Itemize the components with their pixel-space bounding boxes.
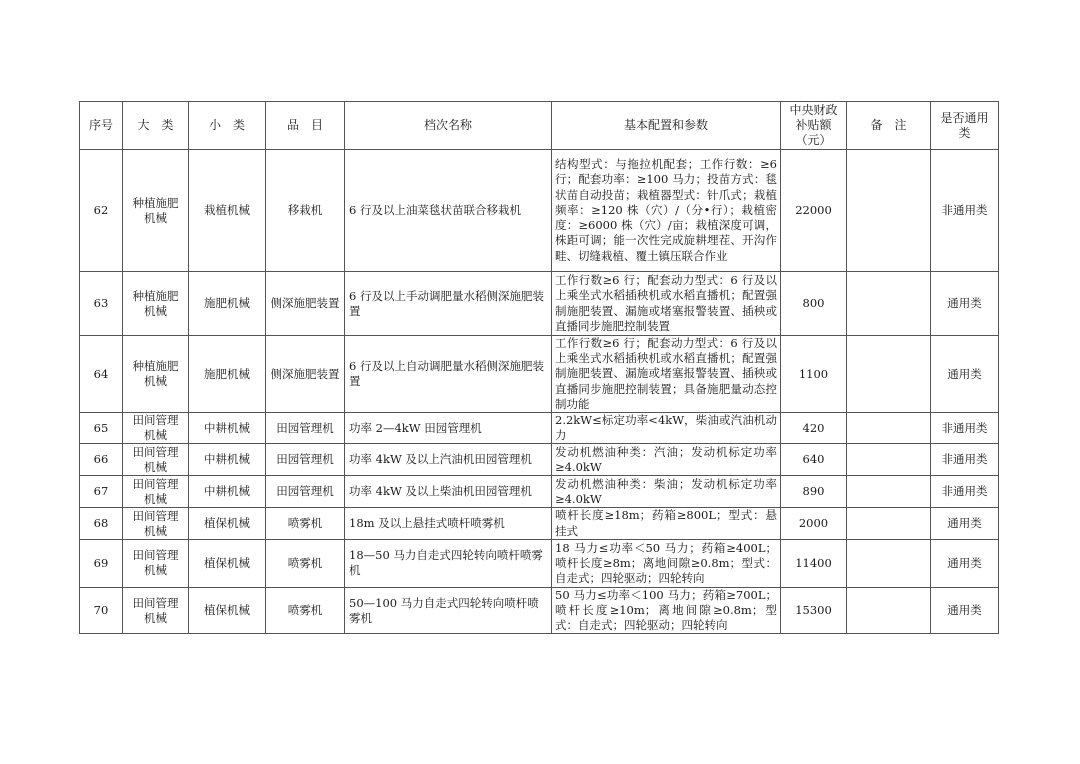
cell-grade-name: 功率 4kW 及以上汽油机田园管理机 (345, 444, 552, 476)
cell-subsidy: 15300 (781, 587, 847, 634)
cell-config: 发动机燃油种类：柴油；发动机标定功率≥4.0kW (552, 476, 781, 508)
cell-general: 非通用类 (931, 444, 999, 476)
cell-subsidy: 2000 (781, 508, 847, 539)
cell-subsidy: 420 (781, 413, 847, 444)
cell-item: 喷雾机 (266, 539, 345, 587)
header-major-category: 大 类 (123, 102, 189, 150)
cell-remark (847, 476, 931, 508)
cell-seq: 62 (80, 150, 123, 272)
subsidy-table: 序号 大 类 小 类 品 目 档次名称 基本配置和参数 中央财政补贴额（元） 备… (79, 101, 999, 634)
cell-item: 移栽机 (266, 150, 345, 272)
cell-seq: 66 (80, 444, 123, 476)
header-minor-category: 小 类 (189, 102, 266, 150)
table-row: 63 种植施肥机械 施肥机械 侧深施肥装置 6 行及以上手动调肥量水稻侧深施肥装… (80, 272, 999, 336)
header-grade-name: 档次名称 (345, 102, 552, 150)
cell-major-category: 田间管理机械 (123, 413, 189, 444)
cell-subsidy: 22000 (781, 150, 847, 272)
table-row: 66 田间管理机械 中耕机械 田园管理机 功率 4kW 及以上汽油机田园管理机 … (80, 444, 999, 476)
table-row: 68 田间管理机械 植保机械 喷雾机 18m 及以上悬挂式喷杆喷雾机 喷杆长度≥… (80, 508, 999, 539)
cell-general: 非通用类 (931, 476, 999, 508)
cell-subsidy: 1100 (781, 336, 847, 413)
cell-remark (847, 539, 931, 587)
cell-seq: 69 (80, 539, 123, 587)
cell-minor-category: 施肥机械 (189, 272, 266, 336)
header-subsidy: 中央财政补贴额（元） (781, 102, 847, 150)
cell-config: 18 马力≤功率＜50 马力；药箱≥400L；喷杆长度≥8m；离地间隙≥0.8m… (552, 539, 781, 587)
cell-item: 田园管理机 (266, 444, 345, 476)
cell-subsidy: 11400 (781, 539, 847, 587)
cell-remark (847, 336, 931, 413)
cell-remark (847, 413, 931, 444)
cell-grade-name: 功率 4kW 及以上柴油机田园管理机 (345, 476, 552, 508)
cell-subsidy: 640 (781, 444, 847, 476)
cell-item: 田园管理机 (266, 476, 345, 508)
cell-subsidy: 800 (781, 272, 847, 336)
cell-minor-category: 栽植机械 (189, 150, 266, 272)
cell-grade-name: 功率 2—4kW 田园管理机 (345, 413, 552, 444)
cell-major-category: 田间管理机械 (123, 508, 189, 539)
cell-major-category: 种植施肥机械 (123, 336, 189, 413)
table-row: 64 种植施肥机械 施肥机械 侧深施肥装置 6 行及以上自动调肥量水稻侧深施肥装… (80, 336, 999, 413)
cell-remark (847, 272, 931, 336)
cell-grade-name: 6 行及以上手动调肥量水稻侧深施肥装置 (345, 272, 552, 336)
table-row: 62 种植施肥机械 栽植机械 移栽机 6 行及以上油菜毯状苗联合移栽机 结构型式… (80, 150, 999, 272)
cell-config: 结构型式：与拖拉机配套；工作行数：≥6 行；配套功率：≥100 马力；投苗方式：… (552, 150, 781, 272)
cell-item: 侧深施肥装置 (266, 336, 345, 413)
table-row: 67 田间管理机械 中耕机械 田园管理机 功率 4kW 及以上柴油机田园管理机 … (80, 476, 999, 508)
table-row: 65 田间管理机械 中耕机械 田园管理机 功率 2—4kW 田园管理机 2.2k… (80, 413, 999, 444)
cell-major-category: 种植施肥机械 (123, 272, 189, 336)
cell-config: 工作行数≥6 行；配套动力型式：6 行及以上乘坐式水稻插秧机或水稻直播机；配置强… (552, 336, 781, 413)
cell-seq: 64 (80, 336, 123, 413)
cell-seq: 68 (80, 508, 123, 539)
cell-major-category: 种植施肥机械 (123, 150, 189, 272)
header-row: 序号 大 类 小 类 品 目 档次名称 基本配置和参数 中央财政补贴额（元） 备… (80, 102, 999, 150)
cell-subsidy: 890 (781, 476, 847, 508)
cell-remark (847, 508, 931, 539)
cell-config: 2.2kW≤标定功率<4kW，柴油或汽油机动力 (552, 413, 781, 444)
cell-item: 侧深施肥装置 (266, 272, 345, 336)
cell-grade-name: 6 行及以上油菜毯状苗联合移栽机 (345, 150, 552, 272)
cell-general: 非通用类 (931, 150, 999, 272)
table-row: 69 田间管理机械 植保机械 喷雾机 18—50 马力自走式四轮转向喷杆喷雾机 … (80, 539, 999, 587)
cell-item: 田园管理机 (266, 413, 345, 444)
cell-major-category: 田间管理机械 (123, 587, 189, 634)
cell-major-category: 田间管理机械 (123, 476, 189, 508)
cell-major-category: 田间管理机械 (123, 539, 189, 587)
cell-major-category: 田间管理机械 (123, 444, 189, 476)
cell-config: 发动机燃油种类：汽油；发动机标定功率≥4.0kW (552, 444, 781, 476)
header-config: 基本配置和参数 (552, 102, 781, 150)
cell-grade-name: 6 行及以上自动调肥量水稻侧深施肥装置 (345, 336, 552, 413)
cell-seq: 65 (80, 413, 123, 444)
cell-grade-name: 18m 及以上悬挂式喷杆喷雾机 (345, 508, 552, 539)
cell-config: 喷杆长度≥18m；药箱≥800L；型式：悬挂式 (552, 508, 781, 539)
cell-general: 非通用类 (931, 413, 999, 444)
subsidy-table-page: 序号 大 类 小 类 品 目 档次名称 基本配置和参数 中央财政补贴额（元） 备… (79, 101, 999, 634)
cell-general: 通用类 (931, 272, 999, 336)
cell-item: 喷雾机 (266, 587, 345, 634)
cell-minor-category: 植保机械 (189, 539, 266, 587)
cell-minor-category: 植保机械 (189, 508, 266, 539)
header-general: 是否通用类 (931, 102, 999, 150)
cell-minor-category: 施肥机械 (189, 336, 266, 413)
cell-general: 通用类 (931, 539, 999, 587)
cell-grade-name: 18—50 马力自走式四轮转向喷杆喷雾机 (345, 539, 552, 587)
cell-seq: 67 (80, 476, 123, 508)
cell-general: 通用类 (931, 508, 999, 539)
cell-remark (847, 444, 931, 476)
header-seq: 序号 (80, 102, 123, 150)
header-remark: 备 注 (847, 102, 931, 150)
cell-seq: 70 (80, 587, 123, 634)
cell-config: 50 马力≤功率＜100 马力；药箱≥700L；喷杆长度≥10m；离地间隙≥0.… (552, 587, 781, 634)
cell-minor-category: 中耕机械 (189, 413, 266, 444)
cell-minor-category: 中耕机械 (189, 444, 266, 476)
cell-seq: 63 (80, 272, 123, 336)
cell-minor-category: 中耕机械 (189, 476, 266, 508)
cell-remark (847, 587, 931, 634)
cell-config: 工作行数≥6 行；配套动力型式：6 行及以上乘坐式水稻插秧机或水稻直播机；配置强… (552, 272, 781, 336)
table-row: 70 田间管理机械 植保机械 喷雾机 50—100 马力自走式四轮转向喷杆喷雾机… (80, 587, 999, 634)
cell-grade-name: 50—100 马力自走式四轮转向喷杆喷雾机 (345, 587, 552, 634)
cell-general: 通用类 (931, 587, 999, 634)
cell-item: 喷雾机 (266, 508, 345, 539)
cell-general: 通用类 (931, 336, 999, 413)
header-item: 品 目 (266, 102, 345, 150)
cell-remark (847, 150, 931, 272)
cell-minor-category: 植保机械 (189, 587, 266, 634)
